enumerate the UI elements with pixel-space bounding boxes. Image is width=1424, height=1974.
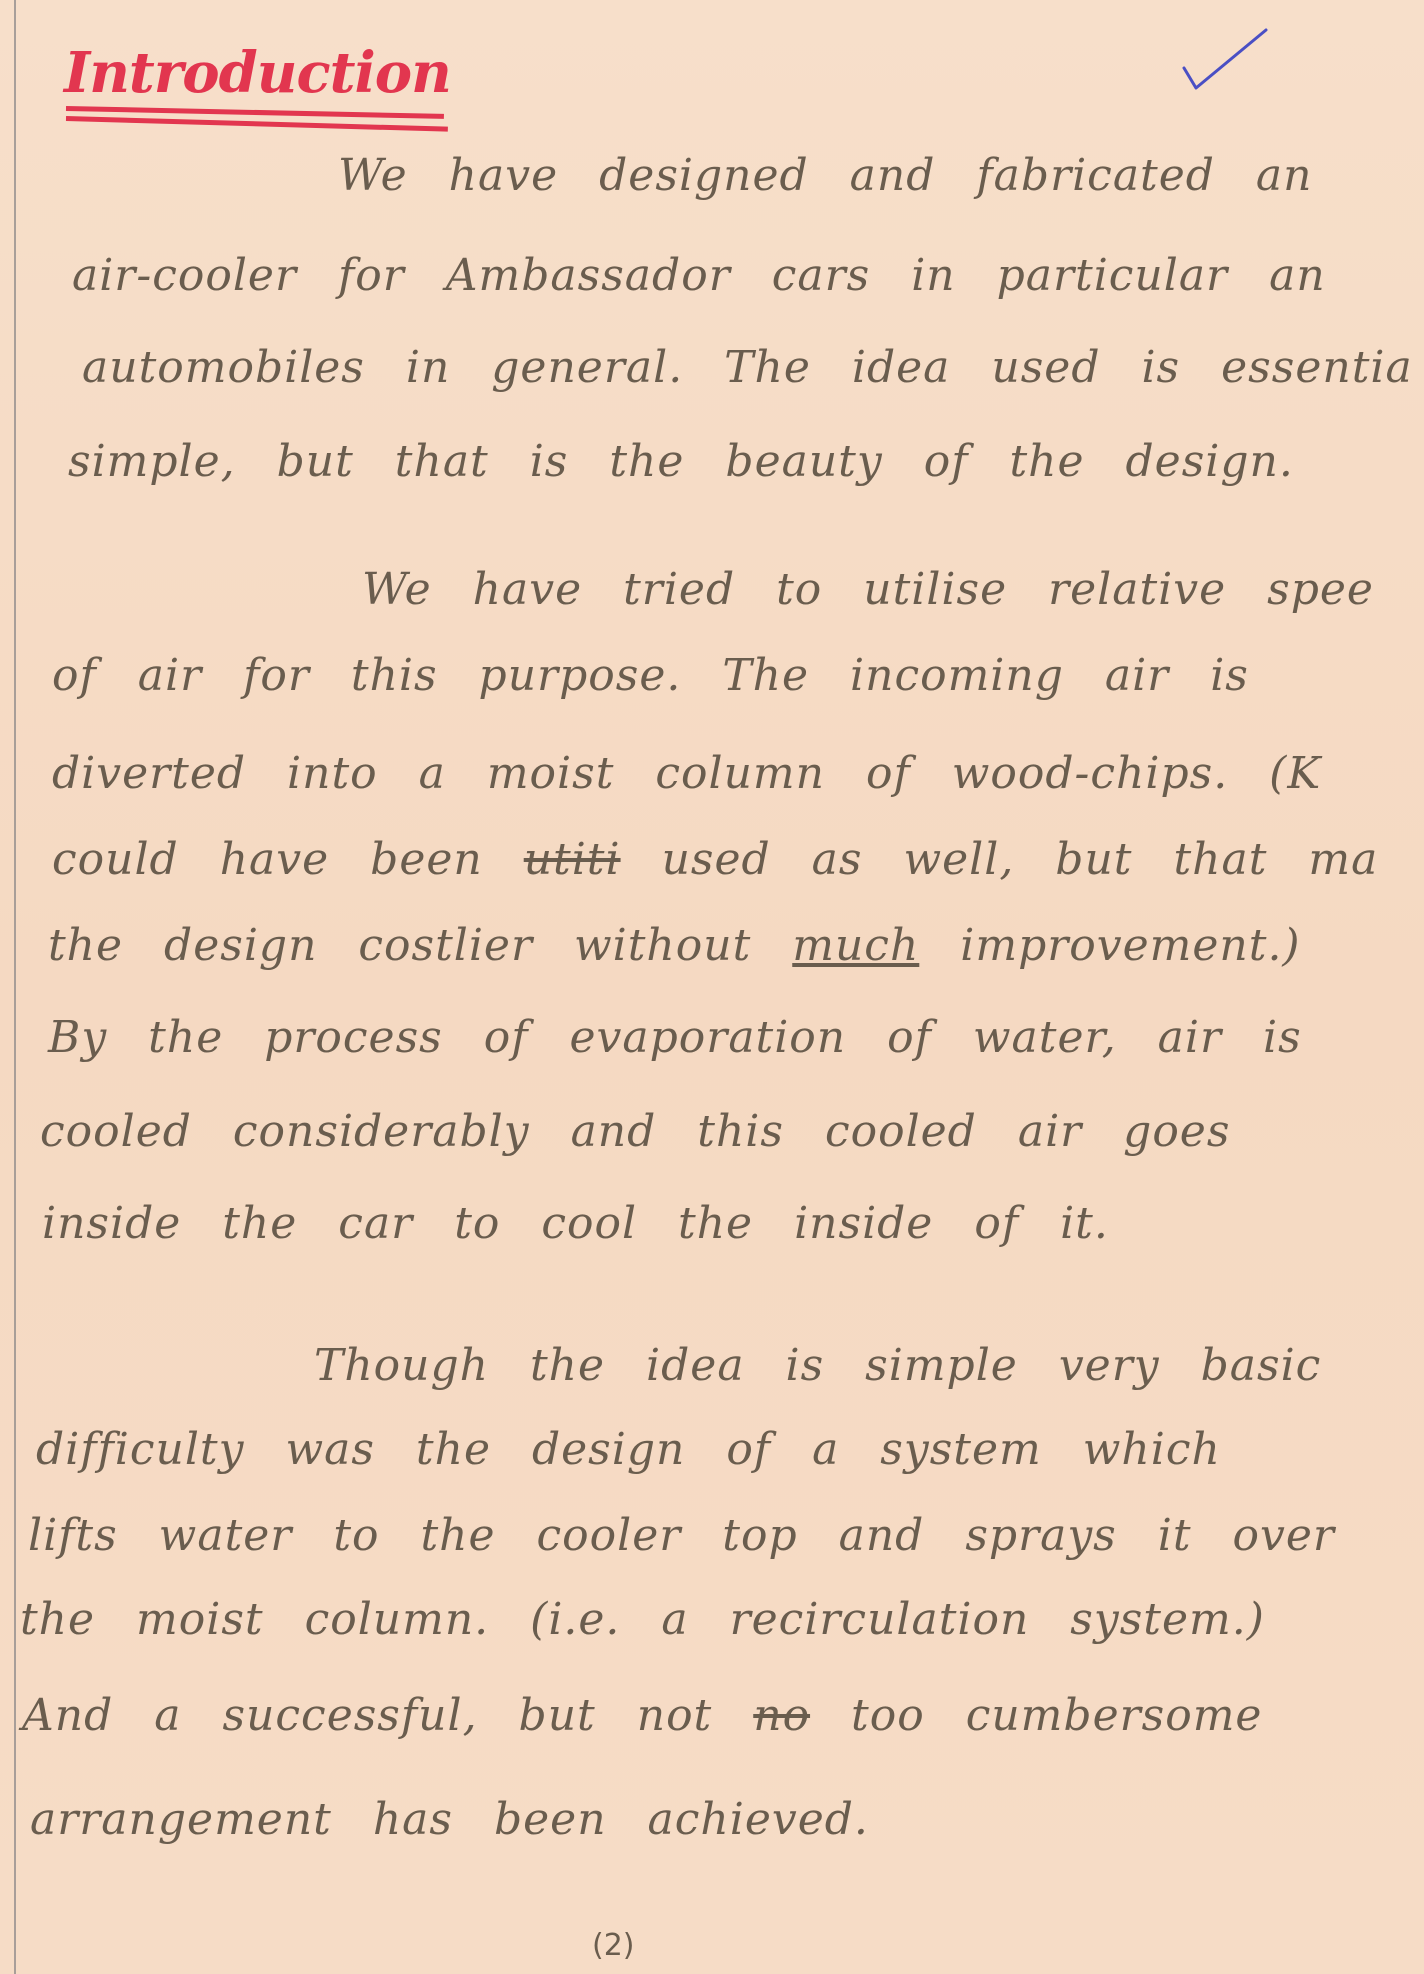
text-line: air-cooler for Ambassador cars in partic… bbox=[72, 250, 1326, 301]
heading-underline-second bbox=[66, 116, 448, 132]
page-heading: Introduction bbox=[64, 40, 451, 106]
margin-rule bbox=[14, 0, 16, 1974]
text-line: simple, but that is the beauty of the de… bbox=[68, 436, 1294, 487]
underlined-word: much bbox=[792, 920, 919, 971]
checkmark-icon bbox=[1180, 26, 1280, 96]
text-line: arrangement has been achieved. bbox=[30, 1794, 869, 1845]
text-segment: used as well, but that ma bbox=[621, 834, 1379, 885]
text-line: difficulty was the design of a system wh… bbox=[36, 1424, 1221, 1475]
struck-word: utiti bbox=[524, 834, 621, 885]
text-line: diverted into a moist column of wood-chi… bbox=[52, 748, 1321, 799]
page-number: (2) bbox=[592, 1928, 635, 1963]
handwritten-page: Introduction We have designed and fabric… bbox=[0, 0, 1424, 1974]
text-segment: improvement.) bbox=[919, 920, 1300, 971]
text-line: lifts water to the cooler top and sprays… bbox=[28, 1510, 1335, 1561]
text-line: could have been utiti used as well, but … bbox=[52, 834, 1378, 885]
text-line: of air for this purpose. The incoming ai… bbox=[52, 650, 1249, 701]
struck-word: no bbox=[753, 1690, 810, 1741]
text-line: inside the car to cool the inside of it. bbox=[42, 1198, 1109, 1249]
text-line: Though the idea is simple very basic bbox=[314, 1340, 1321, 1391]
text-line: the moist column. (i.e. a recirculation … bbox=[20, 1594, 1265, 1645]
text-line: We have tried to utilise relative spee bbox=[362, 564, 1374, 615]
text-line: And a successful, but not no too cumbers… bbox=[22, 1690, 1262, 1741]
text-segment: the design costlier without bbox=[48, 920, 792, 971]
text-line: the design costlier without much improve… bbox=[48, 920, 1301, 971]
text-line: automobiles in general. The idea used is… bbox=[82, 342, 1413, 393]
text-line: By the process of evaporation of water, … bbox=[48, 1012, 1302, 1063]
text-line: We have designed and fabricated an bbox=[338, 150, 1313, 201]
text-segment: could have been bbox=[52, 834, 524, 885]
text-segment: And a successful, but not bbox=[22, 1690, 753, 1741]
text-segment: too cumbersome bbox=[810, 1690, 1262, 1741]
text-line: cooled considerably and this cooled air … bbox=[40, 1106, 1230, 1157]
